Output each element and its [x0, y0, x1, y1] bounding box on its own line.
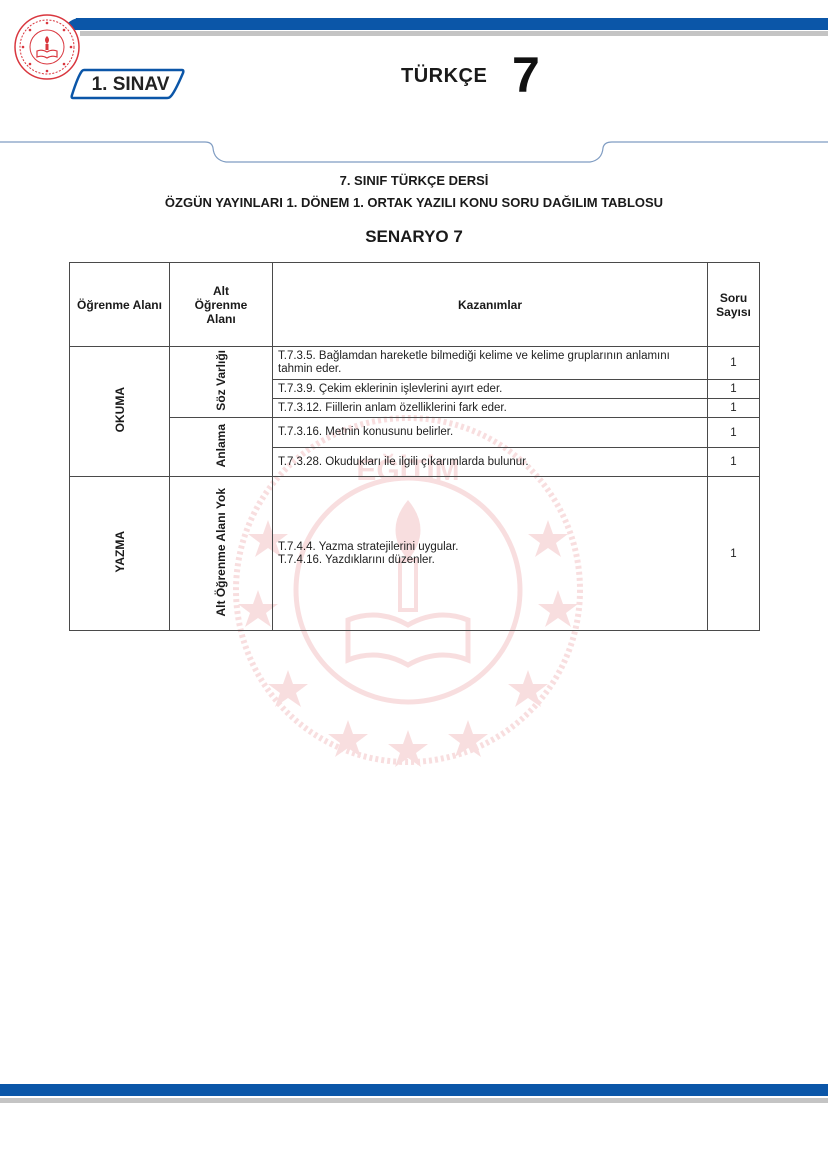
header-outcomes: Kazanımlar: [273, 263, 708, 347]
outcome-cell: T.7.3.12. Fiillerin anlam özelliklerini …: [273, 399, 708, 418]
outcome-cell: T.7.3.9. Çekim eklerinin işlevlerini ayı…: [273, 380, 708, 399]
table-row: Anlama T.7.3.16. Metnin konusunu belirle…: [70, 418, 760, 448]
header-blue-stripe: [76, 18, 828, 30]
question-distribution-table: Öğrenme Alanı Alt Öğrenme Alanı Kazanıml…: [69, 262, 760, 631]
sub-area-label: Anlama: [214, 424, 228, 467]
course-title: 7. SINIF TÜRKÇE DERSİ: [0, 173, 828, 188]
sub-area-label: Söz Varlığı: [214, 350, 228, 411]
count-cell: 1: [708, 477, 760, 631]
outcome-cell: T.7.3.16. Metnin konusunu belirler.: [273, 418, 708, 448]
outcome-line: T.7.4.4. Yazma stratejilerini uygular.: [278, 541, 702, 554]
table-title: ÖZGÜN YAYINLARI 1. DÖNEM 1. ORTAK YAZILI…: [0, 195, 828, 210]
count-cell: 1: [708, 448, 760, 477]
outcome-cell: T.7.3.28. Okudukları ile ilgili çıkarıml…: [273, 448, 708, 477]
footer-blue-stripe: [0, 1084, 828, 1096]
count-cell: 1: [708, 418, 760, 448]
area-label: YAZMA: [113, 531, 127, 573]
header-count: Soru Sayısı: [708, 263, 760, 347]
header-gray-stripe: [80, 31, 828, 36]
count-cell: 1: [708, 347, 760, 380]
sub-area-label: Alt Öğrenme Alanı Yok: [214, 488, 228, 616]
grade-number: 7: [512, 50, 540, 100]
sub-area-cell-soz-varligi: Söz Varlığı: [170, 347, 273, 418]
header-divider-bracket: [0, 136, 828, 166]
scenario-title: SENARYO 7: [0, 227, 828, 247]
exam-badge: 1. SINAV: [70, 68, 185, 100]
table-header-row: Öğrenme Alanı Alt Öğrenme Alanı Kazanıml…: [70, 263, 760, 347]
area-cell-yazma: YAZMA: [70, 477, 170, 631]
header-sub-area-label: Alt Öğrenme Alanı: [191, 284, 251, 326]
count-cell: 1: [708, 399, 760, 418]
sub-area-cell-anlama: Anlama: [170, 418, 273, 477]
subject-title: TÜRKÇE: [401, 65, 487, 88]
footer-gray-stripe: [0, 1098, 828, 1103]
outcome-line: T.7.4.16. Yazdıklarını düzenler.: [278, 554, 702, 567]
area-cell-okuma: OKUMA: [70, 347, 170, 477]
table-row: YAZMA Alt Öğrenme Alanı Yok T.7.4.4. Yaz…: [70, 477, 760, 631]
header-sub-area: Alt Öğrenme Alanı: [170, 263, 273, 347]
table-row: OKUMA Söz Varlığı T.7.3.5. Bağlamdan har…: [70, 347, 760, 380]
header-count-label: Soru Sayısı: [714, 291, 754, 319]
exam-label: 1. SINAV: [70, 68, 185, 100]
count-cell: 1: [708, 380, 760, 399]
area-label: OKUMA: [113, 387, 127, 432]
header-area: Öğrenme Alanı: [70, 263, 170, 347]
sub-area-cell-none: Alt Öğrenme Alanı Yok: [170, 477, 273, 631]
outcome-cell: T.7.3.5. Bağlamdan hareketle bilmediği k…: [273, 347, 708, 380]
outcome-cell: T.7.4.4. Yazma stratejilerini uygular. T…: [273, 477, 708, 631]
